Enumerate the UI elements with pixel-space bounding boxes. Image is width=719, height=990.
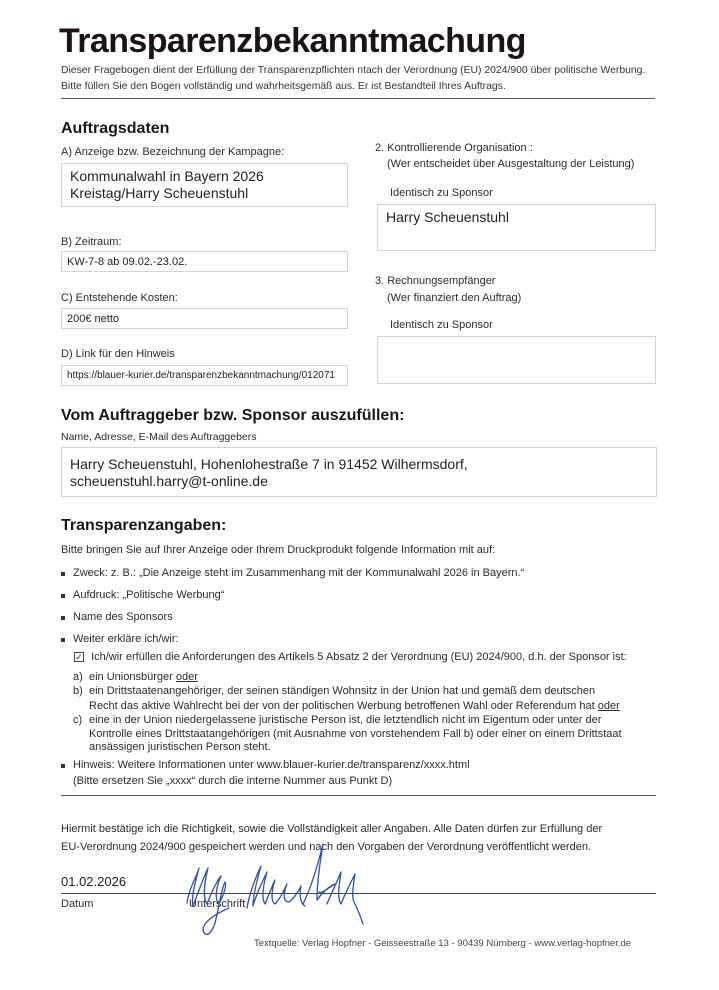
section-divider bbox=[61, 795, 656, 796]
auftragsdaten-heading: Auftragsdaten bbox=[61, 120, 169, 138]
invoice-recipient-label: 3. Rechnungsempfänger bbox=[375, 275, 495, 287]
invoice-recipient-field[interactable] bbox=[377, 336, 656, 384]
sponsor-value-line-1: Harry Scheuenstuhl, Hohenlohestraße 7 in… bbox=[70, 456, 648, 473]
sponsor-heading: Vom Auftraggeber bzw. Sponsor auszufülle… bbox=[61, 407, 404, 425]
invoice-identical-label: Identisch zu Sponsor bbox=[390, 319, 493, 331]
header-divider bbox=[61, 98, 655, 99]
bullet-icon bbox=[61, 594, 65, 598]
intro-line-2: Bitte füllen Sie den Bogen vollständig u… bbox=[61, 79, 645, 95]
transparency-intro: Bitte bringen Sie auf Ihrer Anzeige oder… bbox=[61, 544, 495, 556]
campaign-value-line-1: Kommunalwahl in Bayern 2026 bbox=[70, 168, 339, 185]
period-label: B) Zeitraum: bbox=[61, 236, 122, 248]
bullet-icon bbox=[61, 616, 65, 620]
bullet-icon bbox=[61, 638, 65, 642]
period-field[interactable]: KW-7-8 ab 09.02.-23.02. bbox=[61, 251, 348, 272]
option-b-line-2: Recht das aktive Wahlrecht bei der von d… bbox=[89, 700, 620, 712]
hint-note: (Bitte ersetzen Sie „xxxx“ durch die int… bbox=[73, 775, 392, 787]
declaration-row: ✓ Ich/wir erfüllen die Anforderungen des… bbox=[74, 651, 627, 663]
transparency-heading: Transparenzangaben: bbox=[61, 517, 226, 535]
campaign-field[interactable]: Kommunalwahl in Bayern 2026 Kreistag/Har… bbox=[61, 163, 348, 207]
bullet-icon bbox=[61, 764, 65, 768]
option-c-line-2: Kontrolle eines Drittstaatangehörigen (m… bbox=[89, 728, 622, 740]
confirmation-line-1: Hiermit bestätige ich die Richtigkeit, s… bbox=[61, 823, 602, 835]
page-title: Transparenzbekanntmachung bbox=[59, 22, 526, 61]
link-label: D) Link für den Hinweis bbox=[61, 348, 175, 360]
organisation-field[interactable]: Harry Scheuenstuhl bbox=[377, 204, 656, 251]
bullet-icon bbox=[61, 572, 65, 576]
sponsor-value-line-2: scheuenstuhl.harry@t-online.de bbox=[70, 473, 648, 490]
campaign-value-line-2: Kreistag/Harry Scheuenstuhl bbox=[70, 185, 339, 202]
option-a: a) ein Unionsbürger oder bbox=[73, 671, 83, 683]
declaration-label: Ich/wir erfüllen die Anforderungen des A… bbox=[91, 651, 627, 663]
intro-text: Dieser Fragebogen dient der Erfüllung de… bbox=[61, 63, 645, 94]
campaign-label: A) Anzeige bzw. Bezeichnung der Kampagne… bbox=[61, 146, 284, 158]
intro-line-1: Dieser Fragebogen dient der Erfüllung de… bbox=[61, 63, 645, 79]
option-b: b) ein Drittstaatenangehöriger, der sein… bbox=[73, 685, 83, 697]
declaration-checkbox[interactable]: ✓ bbox=[74, 652, 84, 662]
date-label: Datum bbox=[61, 898, 93, 910]
invoice-recipient-sublabel: (Wer finanziert den Auftrag) bbox=[387, 292, 521, 304]
link-field[interactable]: https://blauer-kurier.de/transparenzbeka… bbox=[61, 365, 348, 386]
footer-source: Textquelle: Verlag Hopfner - Geisseestra… bbox=[254, 938, 631, 949]
organisation-identical-label: Identisch zu Sponsor bbox=[390, 187, 493, 199]
option-c-line-3: ansässigen juristischen Person steht. bbox=[89, 741, 271, 753]
organisation-label: 2. Kontrollierende Organisation : bbox=[375, 142, 533, 154]
option-c: c) eine in der Union niedergelassene jur… bbox=[73, 714, 82, 726]
sponsor-label: Name, Adresse, E-Mail des Auftraggebers bbox=[61, 431, 257, 443]
costs-field[interactable]: 200€ netto bbox=[61, 308, 348, 329]
sponsor-field[interactable]: Harry Scheuenstuhl, Hohenlohestraße 7 in… bbox=[61, 447, 657, 497]
signature-icon bbox=[175, 838, 375, 938]
date-value[interactable]: 01.02.2026 bbox=[61, 874, 126, 889]
costs-label: C) Entstehende Kosten: bbox=[61, 292, 178, 304]
organisation-sublabel: (Wer entscheidet über Ausgestaltung der … bbox=[387, 158, 634, 170]
